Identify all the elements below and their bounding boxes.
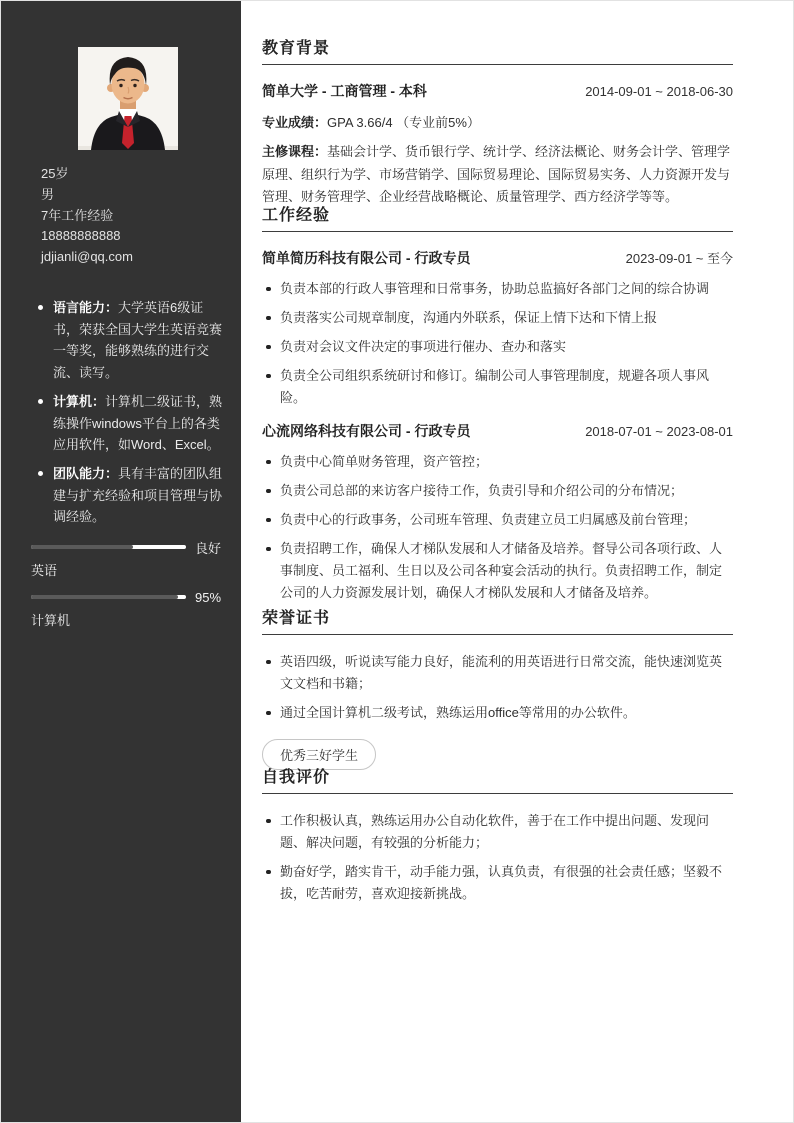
job-duty-list: 负责本部的行政人事管理和日常事务，协助总监搞好各部门之间的综合协调 负责落实公司…	[262, 278, 733, 409]
progress-fill	[31, 545, 133, 549]
personal-info-list: 25岁 男 7年工作经验 18888888888 jdjianli@qq.com	[41, 164, 241, 268]
skill-label: 团队能力：	[53, 466, 118, 481]
evaluation-list: 工作积极认真，熟练运用办公自动化软件，善于在工作中提出问题、发现问题、解决问题，…	[262, 810, 733, 905]
gender: 男	[41, 185, 241, 206]
job-company-title: 简单简历科技有限公司 - 行政专员	[262, 248, 470, 268]
profile-photo	[78, 47, 178, 150]
skill-label: 计算机：	[53, 394, 105, 409]
skill-teamwork: 团队能力：具有丰富的团队组建与扩充经验和项目管理与协调经验。	[38, 463, 225, 528]
skill-label: 语言能力：	[53, 300, 118, 315]
job-duty-list: 负责中心简单财务管理，资产管控； 负责公司总部的来访客户接待工作，负责引导和介绍…	[262, 451, 733, 604]
resume-page: 25岁 男 7年工作经验 18888888888 jdjianli@qq.com…	[0, 0, 794, 1123]
gpa-value: GPA 3.66/4 （专业前5%）	[327, 115, 480, 130]
section-heading-education: 教育背景	[262, 41, 733, 65]
courses-text: 基础会计学、货币银行学、统计学、经济法概论、财务会计学、管理学原理、组织行为学、…	[262, 144, 730, 204]
section-heading-evaluation: 自我评价	[262, 770, 733, 794]
progress-level-label: 95%	[195, 590, 221, 605]
progress-fill	[31, 595, 178, 599]
phone-number: 18888888888	[41, 226, 241, 247]
skill-language: 语言能力：大学英语6级证书，荣获全国大学生英语竞赛一等奖，能够熟练的进行交流、读…	[38, 297, 225, 384]
skills-list: 语言能力：大学英语6级证书，荣获全国大学生英语竞赛一等奖，能够熟练的进行交流、读…	[38, 297, 225, 528]
job-entry: 心流网络科技有限公司 - 行政专员 2018-07-01 ~ 2023-08-0…	[262, 421, 733, 604]
experience-years: 7年工作经验	[41, 206, 241, 227]
job-duty: 负责对会议文件决定的事项进行催办、查办和落实	[262, 336, 733, 358]
skill-bars: 良好 英语 95% 计算机	[31, 538, 241, 629]
job-duty: 负责落实公司规章制度，沟通内外联系，保证上情下达和下情上报	[262, 307, 733, 329]
job-title-row: 简单简历科技有限公司 - 行政专员 2023-09-01 ~ 至今	[262, 248, 733, 268]
job-duty: 负责公司总部的来访客户接待工作，负责引导和介绍公司的分布情况；	[262, 480, 733, 502]
job-entry: 简单简历科技有限公司 - 行政专员 2023-09-01 ~ 至今 负责本部的行…	[262, 248, 733, 409]
progress-level-label: 良好	[195, 538, 221, 557]
job-duty: 负责全公司组织系统研讨和修订。编制公司人事管理制度，规避各项人事风险。	[262, 365, 733, 409]
courses-paragraph: 主修课程：基础会计学、货币银行学、统计学、经济法概论、财务会计学、管理学原理、组…	[262, 141, 733, 208]
skill-bar-english: 良好 英语	[31, 538, 241, 579]
job-date-range: 2018-07-01 ~ 2023-08-01	[585, 424, 733, 439]
age: 25岁	[41, 164, 241, 185]
email-address: jdjianli@qq.com	[41, 247, 241, 268]
job-title-row: 心流网络科技有限公司 - 行政专员 2018-07-01 ~ 2023-08-0…	[262, 421, 733, 441]
gpa-line: 专业成绩：GPA 3.66/4 （专业前5%）	[262, 112, 733, 134]
resume-main: 教育背景 简单大学 - 工商管理 - 本科 2014-09-01 ~ 2018-…	[241, 1, 793, 1122]
honor-item: 通过全国计算机二级考试，熟练运用office等常用的办公软件。	[262, 702, 733, 724]
section-honors: 荣誉证书 英语四级，听说读写能力良好，能流利的用英语进行日常交流，能快速浏览英文…	[262, 611, 733, 770]
progress-track	[31, 545, 186, 549]
section-evaluation: 自我评价 工作积极认真，熟练运用办公自动化软件，善于在工作中提出问题、发现问题、…	[262, 770, 733, 905]
education-date-range: 2014-09-01 ~ 2018-06-30	[585, 84, 733, 99]
courses-label: 主修课程：	[262, 144, 327, 159]
progress-name: 计算机	[31, 610, 241, 629]
sidebar: 25岁 男 7年工作经验 18888888888 jdjianli@qq.com…	[1, 1, 241, 1122]
job-duty: 负责中心的行政事务，公司班车管理、负责建立员工归属感及前台管理；	[262, 509, 733, 531]
job-duty: 负责中心简单财务管理，资产管控；	[262, 451, 733, 473]
gpa-label: 专业成绩：	[262, 115, 327, 130]
honor-list: 英语四级，听说读写能力良好，能流利的用英语进行日常交流，能快速浏览英文文档和书籍…	[262, 651, 733, 724]
section-heading-honors: 荣誉证书	[262, 611, 733, 635]
section-heading-experience: 工作经验	[262, 208, 733, 232]
job-duty: 负责招聘工作，确保人才梯队发展和人才储备及培养。督导公司各项行政、人事制度、员工…	[262, 538, 733, 604]
job-duty: 负责本部的行政人事管理和日常事务，协助总监搞好各部门之间的综合协调	[262, 278, 733, 300]
skill-computer: 计算机：计算机二级证书，熟练操作windows平台上的各类应用软件，如Word、…	[38, 391, 225, 456]
progress-track	[31, 595, 186, 599]
skill-bar-computer: 95% 计算机	[31, 588, 241, 629]
evaluation-item: 工作积极认真，熟练运用办公自动化软件，善于在工作中提出问题、发现问题、解决问题，…	[262, 810, 733, 854]
honor-tag-pill: 优秀三好学生	[262, 739, 376, 770]
job-date-range: 2023-09-01 ~ 至今	[626, 248, 733, 267]
honor-item: 英语四级，听说读写能力良好，能流利的用英语进行日常交流，能快速浏览英文文档和书籍…	[262, 651, 733, 695]
education-title-row: 简单大学 - 工商管理 - 本科 2014-09-01 ~ 2018-06-30	[262, 81, 733, 101]
progress-name: 英语	[31, 560, 241, 579]
section-experience: 工作经验 简单简历科技有限公司 - 行政专员 2023-09-01 ~ 至今 负…	[262, 208, 733, 604]
evaluation-item: 勤奋好学，踏实肯干，动手能力强，认真负责，有很强的社会责任感；坚毅不拔，吃苦耐劳…	[262, 861, 733, 905]
school-degree-title: 简单大学 - 工商管理 - 本科	[262, 81, 427, 101]
section-education: 教育背景 简单大学 - 工商管理 - 本科 2014-09-01 ~ 2018-…	[262, 41, 733, 208]
job-company-title: 心流网络科技有限公司 - 行政专员	[262, 421, 470, 441]
